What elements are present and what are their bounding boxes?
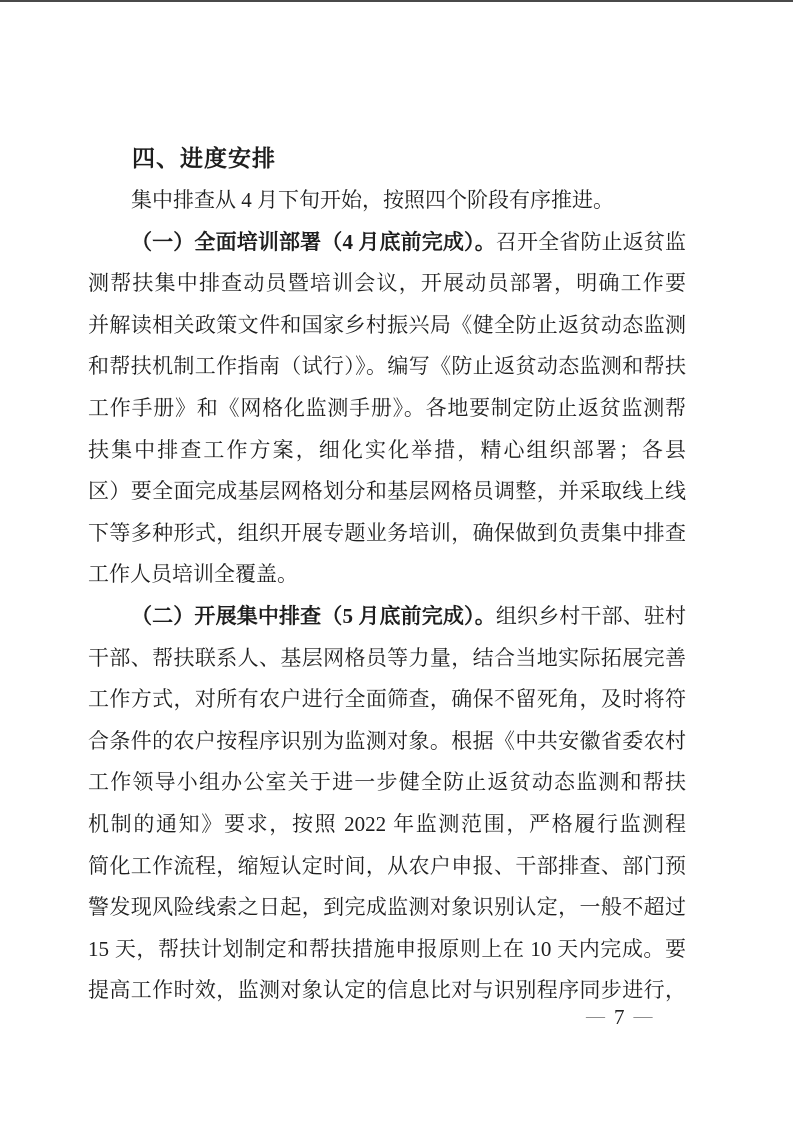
page-footer: — 7 — — [586, 1005, 653, 1030]
paragraph-text: 简化工作流程，缩短认定时间，从农户申报、干部排查、部门预 — [88, 854, 686, 878]
text-line: （一）全面培训部署（4 月底前完成）。召开全省防止返贫监 — [88, 222, 686, 264]
text-line: 扶集中排查工作方案，细化实化举措，精心组织部署；各县（市、 — [88, 430, 686, 472]
text-line: 下等多种形式，组织开展专题业务培训，确保做到负责集中排查 — [88, 513, 686, 555]
section-heading: 四、进度安排 — [88, 136, 686, 180]
paragraph-text: 下等多种形式，组织开展专题业务培训，确保做到负责集中排查 — [88, 521, 686, 545]
paragraphs-container: 集中排查从 4 月下旬开始，按照四个阶段有序推进。（一）全面培训部署（4 月底前… — [88, 180, 686, 1012]
text-line: 合条件的农户按程序识别为监测对象。根据《中共安徽省委农村 — [88, 721, 686, 763]
document-content: 四、进度安排 集中排查从 4 月下旬开始，按照四个阶段有序推进。（一）全面培训部… — [88, 136, 686, 1012]
text-line: 警发现风险线索之日起，到完成监测对象识别认定，一般不超过 — [88, 887, 686, 929]
text-line: （二）开展集中排查（5 月底前完成）。组织乡村干部、驻村 — [88, 596, 686, 638]
paragraph-text: 召开全省防止返贫监 — [496, 230, 686, 254]
text-line: 工作领导小组办公室关于进一步健全防止返贫动态监测和帮扶 — [88, 762, 686, 804]
paragraph-text: 工作人员培训全覆盖。 — [88, 562, 298, 586]
footer-right-dash: — — [634, 1007, 653, 1026]
paragraph-text: 工作手册》和《网格化监测手册》。各地要制定防止返贫监测帮 — [88, 396, 686, 420]
text-line: 15 天，帮扶计划制定和帮扶措施申报原则上在 10 天内完成。要 — [88, 929, 686, 971]
text-line: 工作手册》和《网格化监测手册》。各地要制定防止返贫监测帮 — [88, 388, 686, 430]
paragraph-text: 区）要全面完成基层网格划分和基层网格员调整，并采取线上线 — [88, 479, 686, 503]
paragraph-text: 并解读相关政策文件和国家乡村振兴局《健全防止返贫动态监测 — [88, 313, 686, 337]
paragraph-text: 工作方式，对所有农户进行全面筛查，确保不留死角，及时将符 — [88, 687, 686, 711]
paragraph-lead-bold: （一）全面培训部署（4 月底前完成）。 — [131, 230, 496, 254]
text-line: 干部、帮扶联系人、基层网格员等力量，结合当地实际拓展完善 — [88, 638, 686, 680]
text-line: 集中排查从 4 月下旬开始，按照四个阶段有序推进。 — [88, 180, 686, 222]
text-line: 区）要全面完成基层网格划分和基层网格员调整，并采取线上线 — [88, 471, 686, 513]
text-line: 和帮扶机制工作指南（试行）》。编写《防止返贫动态监测和帮扶 — [88, 346, 686, 388]
paragraph-text: 和帮扶机制工作指南（试行）》。编写《防止返贫动态监测和帮扶 — [88, 354, 686, 378]
paragraph-text: 集中排查从 4 月下旬开始，按照四个阶段有序推进。 — [131, 188, 614, 212]
text-line: 工作人员培训全覆盖。 — [88, 554, 686, 596]
paragraph-text: 警发现风险线索之日起，到完成监测对象识别认定，一般不超过 — [88, 895, 686, 919]
footer-left-dash: — — [586, 1007, 605, 1026]
paragraph-text: 组织乡村干部、驻村 — [496, 604, 686, 628]
paragraph-text: 干部、帮扶联系人、基层网格员等力量，结合当地实际拓展完善 — [88, 646, 686, 670]
text-line: 工作方式，对所有农户进行全面筛查，确保不留死角，及时将符 — [88, 679, 686, 721]
paragraph-text: 提高工作时效，监测对象认定的信息比对与识别程序同步进行， — [88, 978, 686, 1002]
paragraph-text: 测帮扶集中排查动员暨培训会议，开展动员部署，明确工作要求， — [88, 271, 686, 305]
text-line: 简化工作流程，缩短认定时间，从农户申报、干部排查、部门预 — [88, 846, 686, 888]
document-page: { "page": { "heading": "四、进度安排", "paragr… — [0, 0, 793, 1122]
paragraph-lead-bold: （二）开展集中排查（5 月底前完成）。 — [131, 604, 496, 628]
paragraph-text: 工作领导小组办公室关于进一步健全防止返贫动态监测和帮扶 — [88, 770, 686, 794]
text-line: 机制的通知》要求，按照 2022 年监测范围，严格履行监测程序， — [88, 804, 686, 846]
paragraph-text: 合条件的农户按程序识别为监测对象。根据《中共安徽省委农村 — [88, 729, 686, 753]
scan-edge-line — [0, 0, 793, 2]
text-line: 并解读相关政策文件和国家乡村振兴局《健全防止返贫动态监测 — [88, 305, 686, 347]
paragraph-text: 机制的通知》要求，按照 2022 年监测范围，严格履行监测程序， — [88, 812, 686, 846]
paragraph-text: 15 天，帮扶计划制定和帮扶措施申报原则上在 10 天内完成。要 — [88, 937, 686, 961]
text-line: 测帮扶集中排查动员暨培训会议，开展动员部署，明确工作要求， — [88, 263, 686, 305]
page-number: 7 — [614, 1005, 625, 1030]
paragraph-text: 扶集中排查工作方案，细化实化举措，精心组织部署；各县（市、 — [88, 438, 686, 472]
